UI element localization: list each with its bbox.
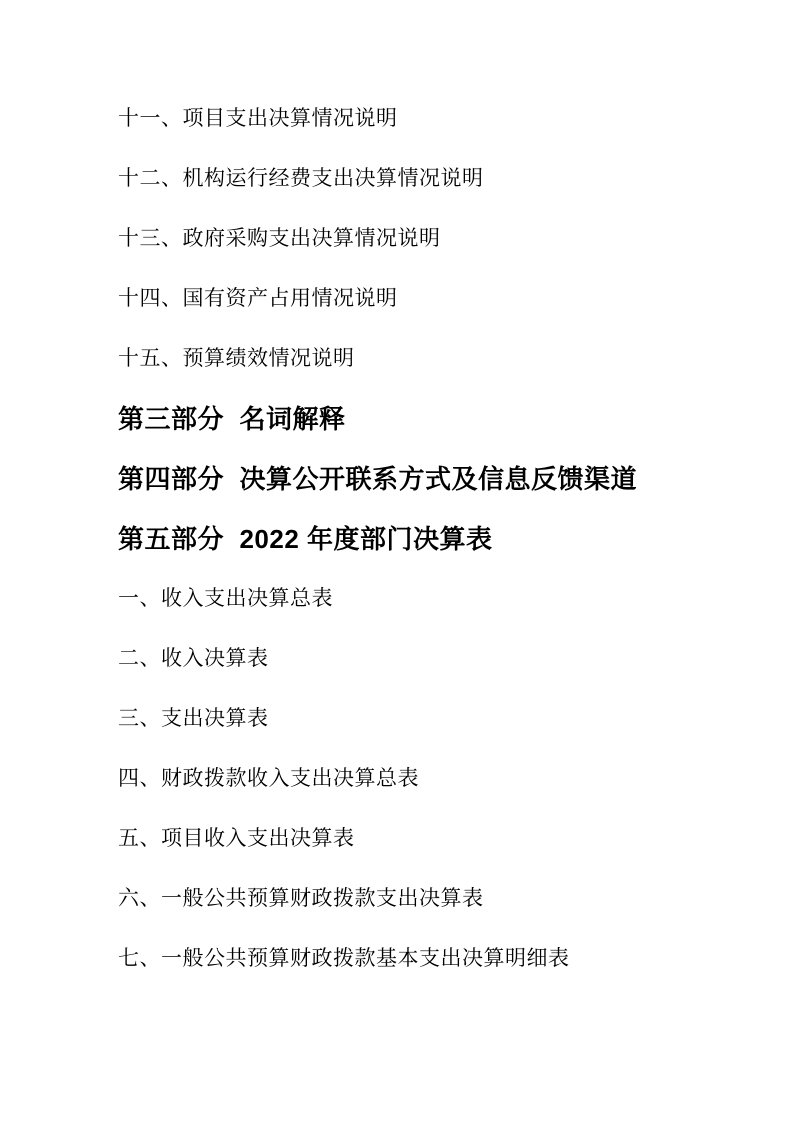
toc-item: 四、财政拨款收入支出决算总表 xyxy=(118,747,735,807)
document-body: 十一、项目支出决算情况说明十二、机构运行经费支出决算情况说明十三、政府采购支出决… xyxy=(0,0,795,987)
toc-item: 一、收入支出决算总表 xyxy=(118,567,735,627)
toc-section-heading: 第四部分 决算公开联系方式及信息反馈渠道 xyxy=(118,447,735,507)
toc-item: 七、一般公共预算财政拨款基本支出决算明细表 xyxy=(118,927,735,987)
toc-item: 三、支出决算表 xyxy=(118,687,735,747)
toc-item: 十一、项目支出决算情况说明 xyxy=(118,87,735,147)
toc-item: 十四、国有资产占用情况说明 xyxy=(118,267,735,327)
toc-item: 五、项目收入支出决算表 xyxy=(118,807,735,867)
toc-item: 二、收入决算表 xyxy=(118,627,735,687)
toc-item: 十五、预算绩效情况说明 xyxy=(118,327,735,387)
toc-section-heading: 第五部分 2022 年度部门决算表 xyxy=(118,507,735,567)
toc-item: 十二、机构运行经费支出决算情况说明 xyxy=(118,147,735,207)
toc-item: 十三、政府采购支出决算情况说明 xyxy=(118,207,735,267)
document-page: 十一、项目支出决算情况说明十二、机构运行经费支出决算情况说明十三、政府采购支出决… xyxy=(0,0,795,1124)
toc-item: 六、一般公共预算财政拨款支出决算表 xyxy=(118,867,735,927)
toc-section-heading: 第三部分 名词解释 xyxy=(118,387,735,447)
